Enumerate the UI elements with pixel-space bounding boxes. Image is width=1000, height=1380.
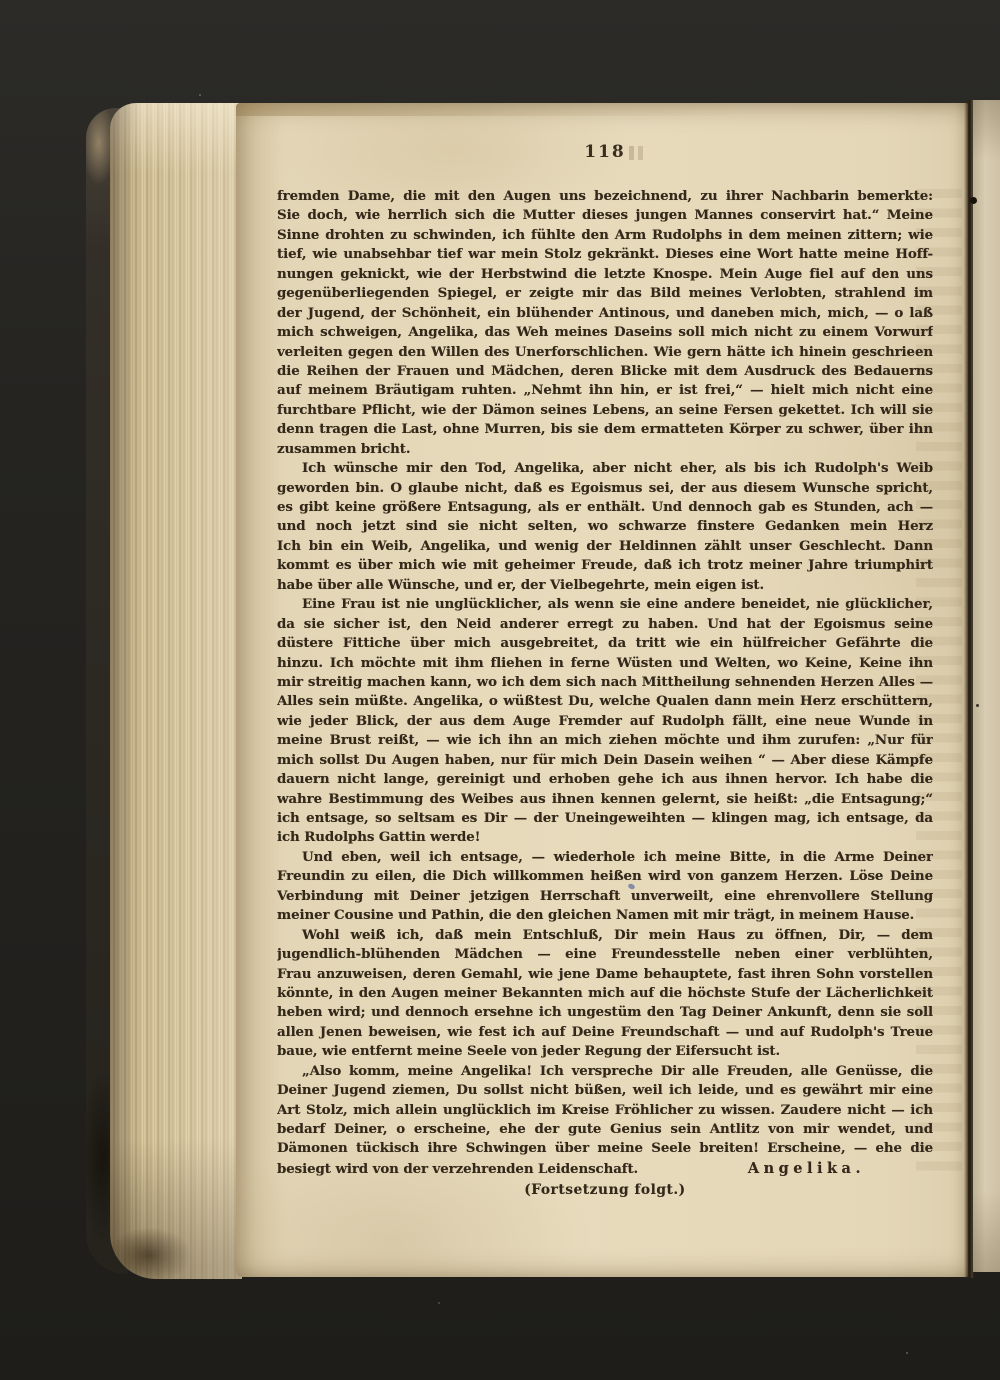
text-line: ich entsage, so seltsam es Dir — der Une… bbox=[277, 809, 933, 828]
text-line: jugendlich-blühenden Mädchen — eine Freu… bbox=[277, 945, 933, 964]
body-text: fremden Dame, die mit den Augen uns beze… bbox=[277, 187, 933, 1200]
text-line: bedarf Deiner, o erscheine, ehe der gute… bbox=[277, 1120, 933, 1139]
text-line: hinzu. Ich möchte mit ihm fliehen in fer… bbox=[277, 654, 933, 673]
text-line: ich Rudolphs Gattin werde! bbox=[277, 828, 933, 847]
next-page-sliver bbox=[973, 100, 1000, 1272]
text-line: mich sollst Du Augen haben, nur für mich… bbox=[277, 751, 933, 770]
text-line: furchtbare Pflicht, wie der Dämon seines… bbox=[277, 401, 933, 420]
text-line: könnte, in den Augen meiner Bekannten mi… bbox=[277, 984, 933, 1003]
text-line: mir streitig machen kann, wo ich dem sic… bbox=[277, 673, 933, 692]
closing-line: besiegt wird von der verzehrenden Leiden… bbox=[277, 1159, 933, 1178]
text-line: der Jugend, der Schönheit, ein blühender… bbox=[277, 304, 933, 323]
text-line: meiner Cousine und Pathin, die den gleic… bbox=[277, 906, 933, 925]
page-number-ghost bbox=[629, 146, 634, 160]
text-line: allen Jenen beweisen, wie fest ich auf D… bbox=[277, 1023, 933, 1042]
text-line: kommt es über mich wie mit geheimer Freu… bbox=[277, 556, 933, 575]
text-line: meine Brust reißt, — wie ich ihn an mich… bbox=[277, 731, 933, 750]
text-line: gegenüberliegenden Spiegel, er zeigte mi… bbox=[277, 284, 933, 303]
text-line: Wohl weiß ich, daß mein Entschluß, Dir m… bbox=[277, 926, 933, 945]
text-line: Art Stolz, mich allein unglücklich im Kr… bbox=[277, 1101, 933, 1120]
text-line: wie jeder Blick, der aus dem Auge Fremde… bbox=[277, 712, 933, 731]
text-line: da sie sicher ist, den Neid anderer erre… bbox=[277, 615, 933, 634]
page-number: 118 bbox=[277, 142, 933, 166]
text-line: verleiten gegen den Willen des Unerforsc… bbox=[277, 343, 933, 362]
text-line: und noch jetzt sind sie nicht selten, wo… bbox=[277, 517, 933, 536]
scanned-book-photo: 118 fremden Dame, die mit den Augen uns … bbox=[0, 0, 1000, 1380]
footer-note: (Fortsetzung folgt.) bbox=[277, 1180, 933, 1200]
text-line: Deiner Jugend ziemen, Du sollst nicht bü… bbox=[277, 1081, 933, 1100]
text-line: Sinne drohten zu schwinden, ich fühlte d… bbox=[277, 226, 933, 245]
text-line: nungen geknickt, wie der Herbstwind die … bbox=[277, 265, 933, 284]
text-line: tief, wie unabsehbar tief war mein Stolz… bbox=[277, 245, 933, 264]
text-line: „Also komm, meine Angelika! Ich versprec… bbox=[277, 1062, 933, 1081]
signature: Angelika. bbox=[748, 1159, 865, 1178]
text-line: mich schweigen, Angelika, das Weh meines… bbox=[277, 323, 933, 342]
text-line: heben wird; und dennoch ersehne ich unge… bbox=[277, 1003, 933, 1022]
text-line: geworden bin. O glaube nicht, daß es Ego… bbox=[277, 479, 933, 498]
text-line: es gibt keine größere Entsagung, als er … bbox=[277, 498, 933, 517]
text-line: die Reihen der Frauen und Mädchen, deren… bbox=[277, 362, 933, 381]
text-line: Eine Frau ist nie unglücklicher, als wen… bbox=[277, 595, 933, 614]
text-line: auf meinem Bräutigam ruhten. „Nehmt ihn … bbox=[277, 381, 933, 400]
text-line: Ich bin ein Weib, Angelika, und wenig de… bbox=[277, 537, 933, 556]
text-line: baue, wie entfernt meine Seele von jeder… bbox=[277, 1042, 933, 1061]
text-line: zusammen bricht. bbox=[277, 440, 933, 459]
text-line: dauern nicht lange, gereinigt und erhobe… bbox=[277, 770, 933, 789]
text-line: Verbindung mit Deiner jetzigen Herrschaf… bbox=[277, 887, 933, 906]
text-line: Sie doch, wie herrlich sich die Mutter d… bbox=[277, 206, 933, 225]
text-line: Frau anzuweisen, deren Gemahl, wie jene … bbox=[277, 965, 933, 984]
text-line: Freundin zu eilen, die Dich willkommen h… bbox=[277, 867, 933, 886]
text-line: habe über alle Wünsche, und er, der Viel… bbox=[277, 576, 933, 595]
text-line: Und eben, weil ich entsage, — wiederhole… bbox=[277, 848, 933, 867]
dust-specks bbox=[0, 0, 2, 2]
page-fore-edge bbox=[110, 103, 242, 1279]
text-line: wahre Bestimmung des Weibes aus ihnen ke… bbox=[277, 790, 933, 809]
text-line: denn tragen die Last, ohne Murren, bis s… bbox=[277, 420, 933, 439]
page-number-text: 118 bbox=[584, 142, 626, 162]
text-line: Ich wünsche mir den Tod, Angelika, aber … bbox=[277, 459, 933, 478]
text-line: Dämonen tückisch ihre Schwingen über mei… bbox=[277, 1139, 933, 1158]
text-line: Alles sein müßte. Angelika, o wüßtest Du… bbox=[277, 692, 933, 711]
ink-speck bbox=[970, 197, 977, 204]
page-top-edge bbox=[236, 103, 748, 116]
text-line: fremden Dame, die mit den Augen uns beze… bbox=[277, 187, 933, 206]
text-line: düstere Fittiche über mich ausgebreitet,… bbox=[277, 634, 933, 653]
closing-text: besiegt wird von der verzehrenden Leiden… bbox=[277, 1160, 638, 1178]
